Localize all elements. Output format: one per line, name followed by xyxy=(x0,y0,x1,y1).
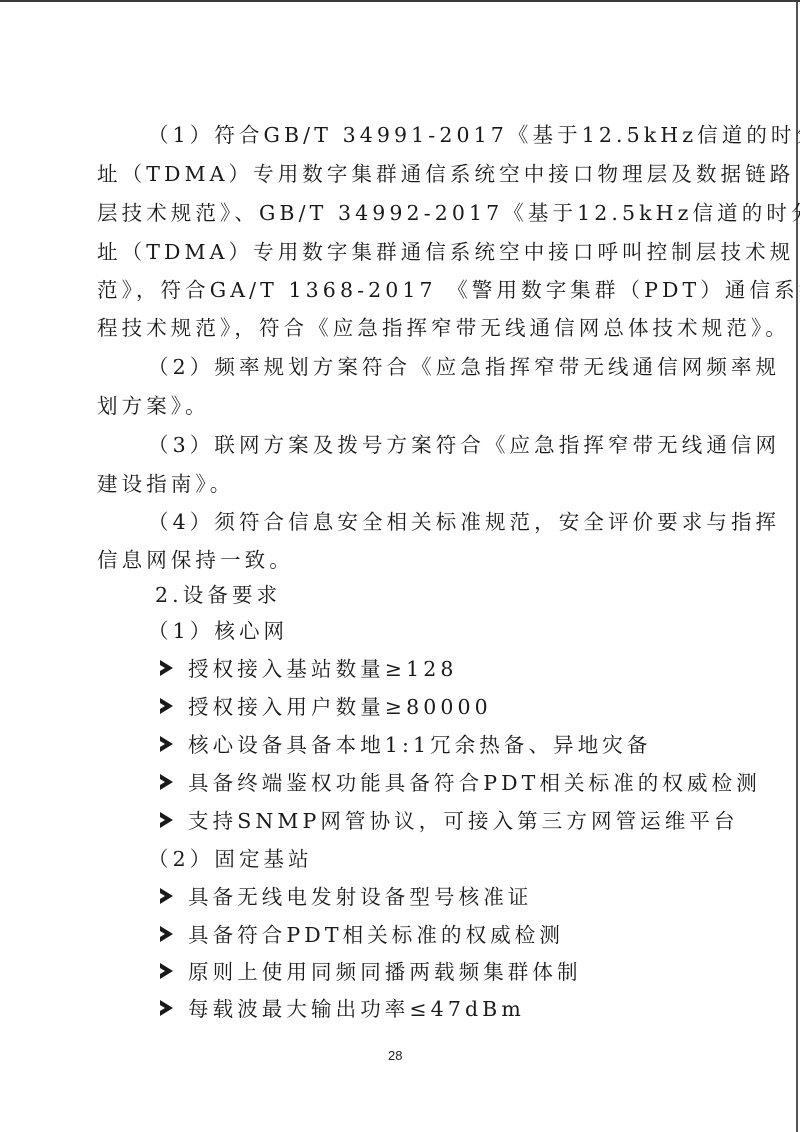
paragraph-1-line-6: 程技术规范》，符合《应急指挥窄带无线通信网总体技术规范》。 xyxy=(97,316,790,340)
list-item-text: 具备符合PDT相关标准的权威检测 xyxy=(188,923,564,947)
paragraph-4-line-1: （4）须符合信息安全相关标准规范，安全评价要求与指挥 xyxy=(148,510,780,534)
paragraph-1-line-5: 范》，符合GA/T 1368-2017 《警用数字集群（PDT）通信系统 工 xyxy=(97,278,800,302)
paragraph-1-line-4: 址（TDMA）专用数字集群通信系统空中接口呼叫控制层技术规 xyxy=(97,240,794,264)
document-page: （1）符合GB/T 34991-2017《基于12.5kHz信道的时分多 址（T… xyxy=(0,0,800,1132)
paragraph-1-line-2: 址（TDMA）专用数字集群通信系统空中接口物理层及数据链路 xyxy=(97,162,794,186)
paragraph-1-line-3: 层技术规范》、GB/T 34992-2017《基于12.5kHz信道的时分多 xyxy=(97,201,800,225)
arrow-bullet-icon xyxy=(160,926,173,942)
scan-edge xyxy=(796,2,798,1132)
list-item-text: 支持SNMP网管协议，可接入第三方网管运维平台 xyxy=(188,809,739,833)
paragraph-1-line-1: （1）符合GB/T 34991-2017《基于12.5kHz信道的时分多 xyxy=(148,123,800,147)
arrow-bullet-icon xyxy=(160,963,173,979)
list-item-text: 具备无线电发射设备型号核准证 xyxy=(188,885,532,909)
arrow-bullet-icon xyxy=(160,1000,173,1016)
paragraph-4-line-2: 信息网保持一致。 xyxy=(97,548,294,572)
list-item-text: 原则上使用同频同播两载频集群体制 xyxy=(188,960,582,984)
paragraph-3-line-2: 建设指南》。 xyxy=(97,472,234,496)
arrow-bullet-icon xyxy=(160,888,173,904)
page-number: 28 xyxy=(388,1048,402,1063)
section-heading: 2.设备要求 xyxy=(155,583,281,607)
subsection-1-title: （1）核心网 xyxy=(148,619,288,643)
paragraph-2-line-2: 划方案》。 xyxy=(97,394,210,418)
paragraph-3-line-1: （3）联网方案及拨号方案符合《应急指挥窄带无线通信网 xyxy=(148,433,780,457)
arrow-bullet-icon xyxy=(160,698,173,714)
paragraph-2-line-1: （2）频率规划方案符合《应急指挥窄带无线通信网频率规 xyxy=(148,355,780,379)
list-item-text: 授权接入基站数量≥128 xyxy=(188,657,458,681)
list-item-text: 核心设备具备本地1:1冗余热备、异地灾备 xyxy=(188,733,652,757)
arrow-bullet-icon xyxy=(160,736,173,752)
list-item-text: 每载波最大输出功率≤47dBm xyxy=(188,997,525,1021)
arrow-bullet-icon xyxy=(160,812,173,828)
arrow-bullet-icon xyxy=(160,660,173,676)
list-item-text: 具备终端鉴权功能具备符合PDT相关标准的权威检测 xyxy=(188,771,761,795)
arrow-bullet-icon xyxy=(160,774,173,790)
subsection-2-title: （2）固定基站 xyxy=(148,847,313,871)
list-item-text: 授权接入用户数量≥80000 xyxy=(188,695,492,719)
